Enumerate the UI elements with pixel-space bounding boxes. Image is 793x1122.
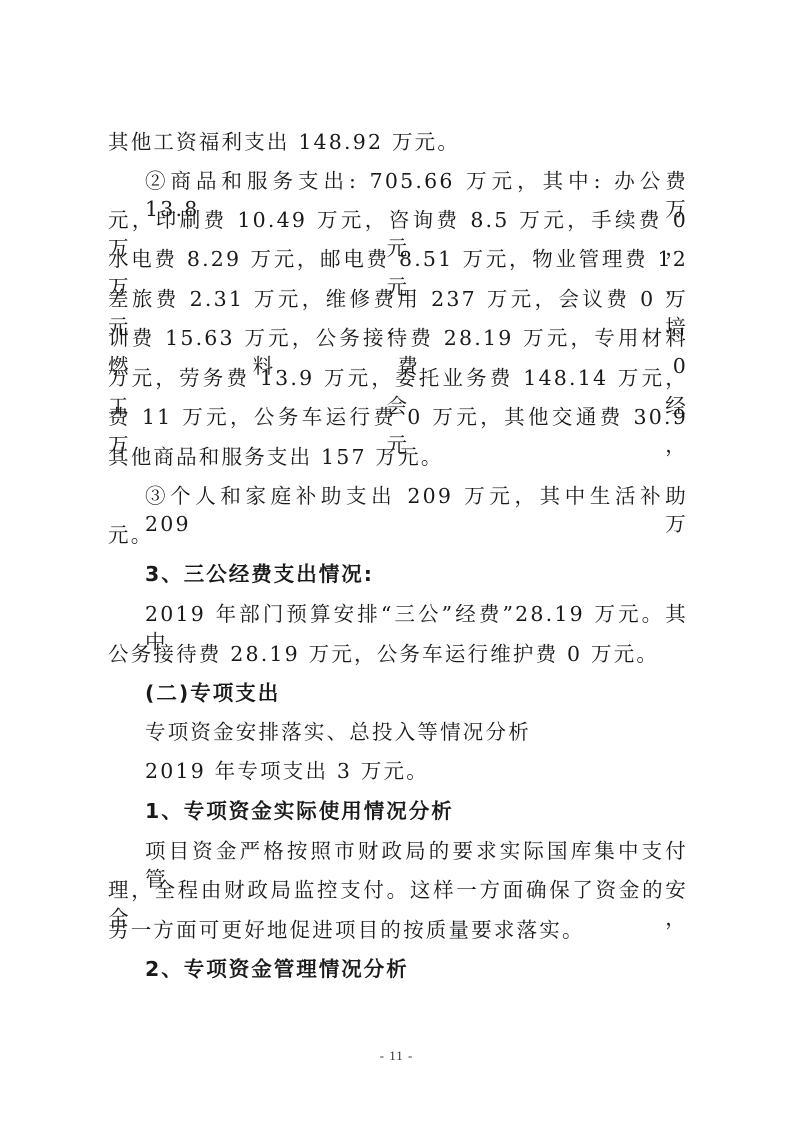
page-number: - 11 - — [0, 1048, 793, 1064]
paragraph-line: 2019 年专项支出 3 万元。 — [145, 757, 725, 785]
section-heading-special-expenditure: (二)专项支出 — [145, 679, 725, 707]
paragraph-line: 其他商品和服务支出 157 万元。 — [108, 443, 688, 471]
paragraph-line: 公务接待费 28.19 万元，公务车运行维护费 0 万元。 — [108, 640, 688, 668]
section-heading-three-public-expenses: 3、三公经费支出情况: — [145, 560, 725, 588]
document-page: 其他工资福利支出 148.92 万元。 ②商品和服务支出: 705.66 万元，… — [0, 0, 793, 1122]
paragraph-line: 另一方面可更好地促进项目的按质量要求落实。 — [108, 916, 688, 944]
paragraph-line: 其他工资福利支出 148.92 万元。 — [108, 128, 688, 156]
paragraph-line: 元。 — [108, 521, 688, 549]
section-heading-fund-usage: 1、专项资金实际使用情况分析 — [145, 797, 725, 825]
section-heading-fund-management: 2、专项资金管理情况分析 — [145, 955, 725, 983]
paragraph-line: 专项资金安排落实、总投入等情况分析 — [145, 718, 725, 746]
